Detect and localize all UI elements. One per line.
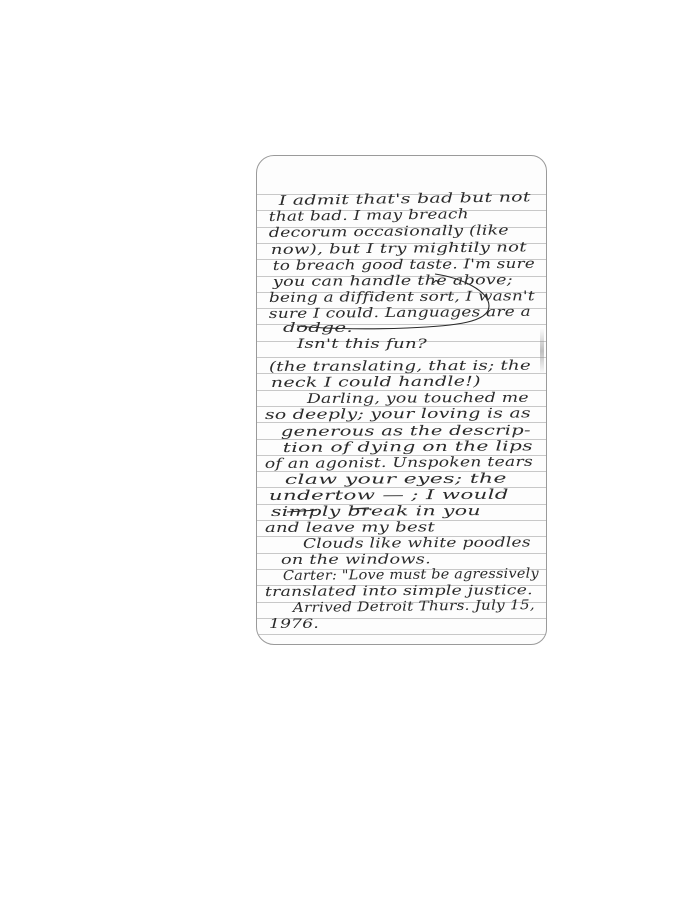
handwritten-line: I admit that's bad but not <box>279 190 531 210</box>
handwritten-line: Isn't this fun? <box>297 337 427 353</box>
handwritten-line: Arrived Detroit Thurs. July 15, <box>293 598 535 617</box>
ruled-line <box>257 634 546 635</box>
handwritten-line: so deeply; your loving is as <box>265 406 531 424</box>
handwritten-line: and leave my best <box>265 520 435 537</box>
handwritten-line: decorum occasionally (like <box>269 223 509 242</box>
handwritten-line: Clouds like white poodles <box>303 535 531 553</box>
handwritten-line: undertow — ; I would <box>269 488 509 505</box>
handwritten-line: (the translating, that is; the <box>269 359 531 376</box>
handwritten-line: generous as the descrip- <box>281 423 531 441</box>
handwritten-line: Carter: "Love must be agressively <box>283 567 539 585</box>
handwritten-line: on the windows. <box>281 552 431 569</box>
handwritten-line: dodge. <box>283 321 353 337</box>
handwritten-line: simply break in you <box>271 504 481 521</box>
smudge-mark <box>540 328 544 374</box>
handwritten-line: of an agonist. Unspoken tears <box>265 455 533 473</box>
scanned-page: ^ I admit that's bad but notthat bad. I … <box>0 0 695 899</box>
handwritten-line: claw your eyes; the <box>285 472 507 489</box>
handwritten-line: Darling, you touched me <box>307 391 529 408</box>
index-card: ^ I admit that's bad but notthat bad. I … <box>256 155 547 645</box>
handwritten-line: you can handle the above; <box>273 273 513 291</box>
handwritten-line: neck I could handle!) <box>271 374 481 392</box>
handwritten-line: 1976. <box>269 617 319 633</box>
